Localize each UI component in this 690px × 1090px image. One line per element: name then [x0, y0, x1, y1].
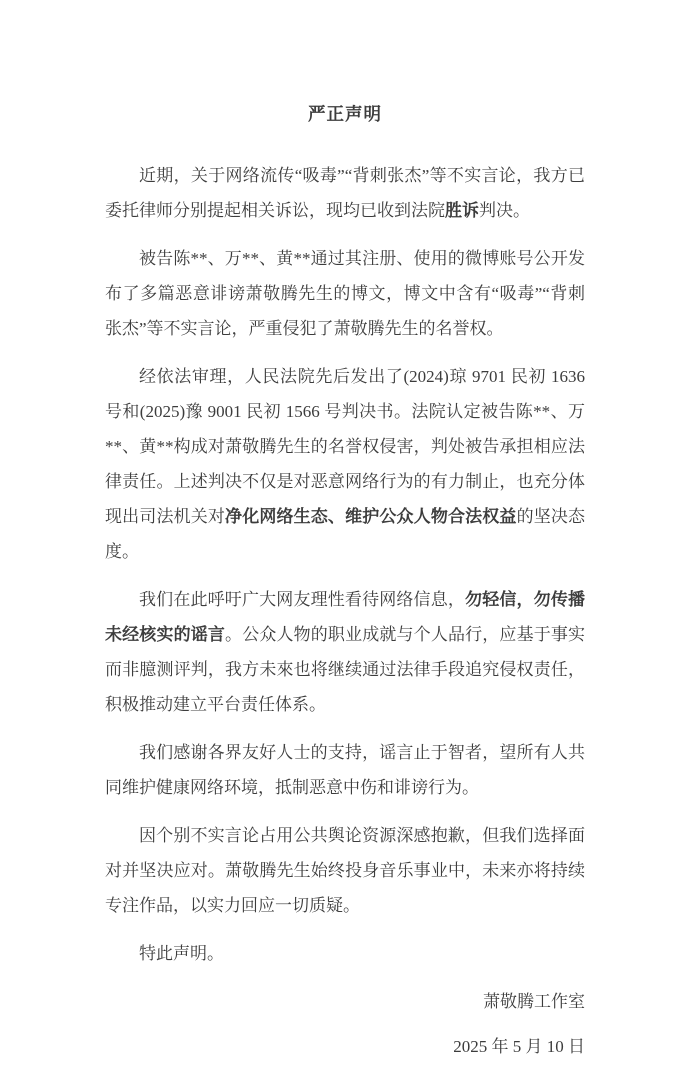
paragraph: 经依法审理，人民法院先后发出了(2024)琼 9701 民初 1636 号和(2…	[105, 359, 585, 569]
date: 2025 年 5 月 10 日	[105, 1029, 585, 1064]
paragraph: 我们感谢各界友好人士的支持，谣言止于智者，望所有人共同维护健康网络环境，抵制恶意…	[105, 735, 585, 805]
signature: 萧敬腾工作室	[105, 984, 585, 1019]
document-body: 近期，关于网络流传“吸毒”“背刺张杰”等不实言论，我方已委托律师分别提起相关诉讼…	[105, 158, 585, 923]
document-content: 严正声明 近期，关于网络流传“吸毒”“背刺张杰”等不实言论，我方已委托律师分别提…	[105, 0, 585, 1064]
paragraph: 我们在此呼吁广大网友理性看待网络信息，勿轻信，勿传播未经核实的谣言。公众人物的职…	[105, 582, 585, 722]
page-title: 严正声明	[105, 100, 585, 128]
document-page: 严正声明 近期，关于网络流传“吸毒”“背刺张杰”等不实言论，我方已委托律师分别提…	[0, 0, 690, 1090]
paragraph: 近期，关于网络流传“吸毒”“背刺张杰”等不实言论，我方已委托律师分别提起相关诉讼…	[105, 158, 585, 228]
paragraph: 因个别不实言论占用公共舆论资源深感抱歉，但我们选择面对并坚决应对。萧敬腾先生始终…	[105, 818, 585, 923]
paragraph: 被告陈**、万**、黄**通过其注册、使用的微博账号公开发布了多篇恶意诽谤萧敬腾…	[105, 241, 585, 346]
closing-paragraph: 特此声明。	[105, 936, 585, 971]
